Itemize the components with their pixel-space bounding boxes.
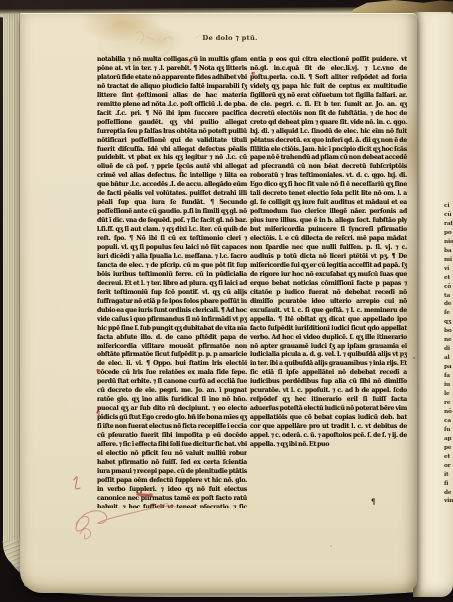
text-column-right: entia p eos qui citra electionē poſſit p… [250, 56, 407, 503]
marginalia-red-scribble [58, 468, 223, 560]
fox-spot [330, 545, 332, 547]
rubric-pilcrow: ¶ [188, 59, 192, 65]
column-end-mark: ¶ [371, 497, 375, 506]
facing-page-text-fragments: ci cū rat po nis ba mi vi et cō ta de ſe… [444, 202, 453, 508]
text-column-left: notabilia ⁊ nō multa colligas cū in mult… [97, 56, 247, 508]
rubric-pilcrow: ¶ [136, 94, 140, 100]
fox-spot [413, 357, 415, 359]
book-photo: De dolo ⁊ ptū. notabilia ⁊ nō multa coll… [0, 0, 453, 602]
rubric-pilcrow: ¶ [96, 369, 100, 375]
running-head: De dolo ⁊ ptū. [189, 34, 271, 42]
rubric-pilcrow: ¶ [178, 167, 182, 173]
rubric-pilcrow: ¶ [96, 411, 100, 417]
rubric-pilcrow: ¶ [251, 72, 255, 78]
